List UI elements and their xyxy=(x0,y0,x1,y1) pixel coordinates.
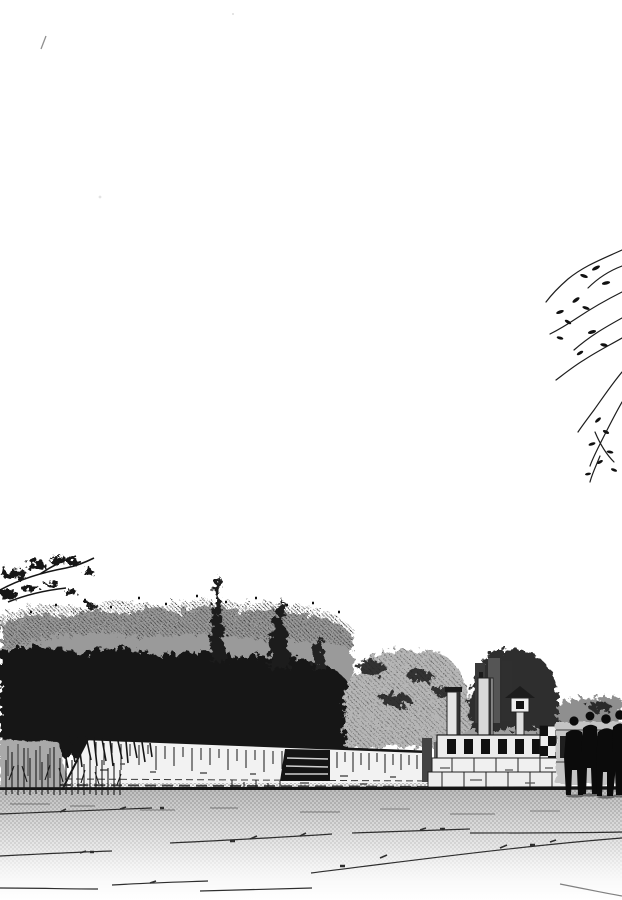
hedge xyxy=(0,596,352,758)
road xyxy=(0,790,622,900)
left-tree xyxy=(0,556,98,609)
wall-steps xyxy=(280,749,330,781)
manga-panel xyxy=(0,0,622,900)
paper-mark xyxy=(41,13,234,198)
manga-page xyxy=(0,0,622,900)
branch-leaves xyxy=(556,264,618,475)
curb-line xyxy=(0,788,622,789)
top-right-branches xyxy=(546,250,622,482)
